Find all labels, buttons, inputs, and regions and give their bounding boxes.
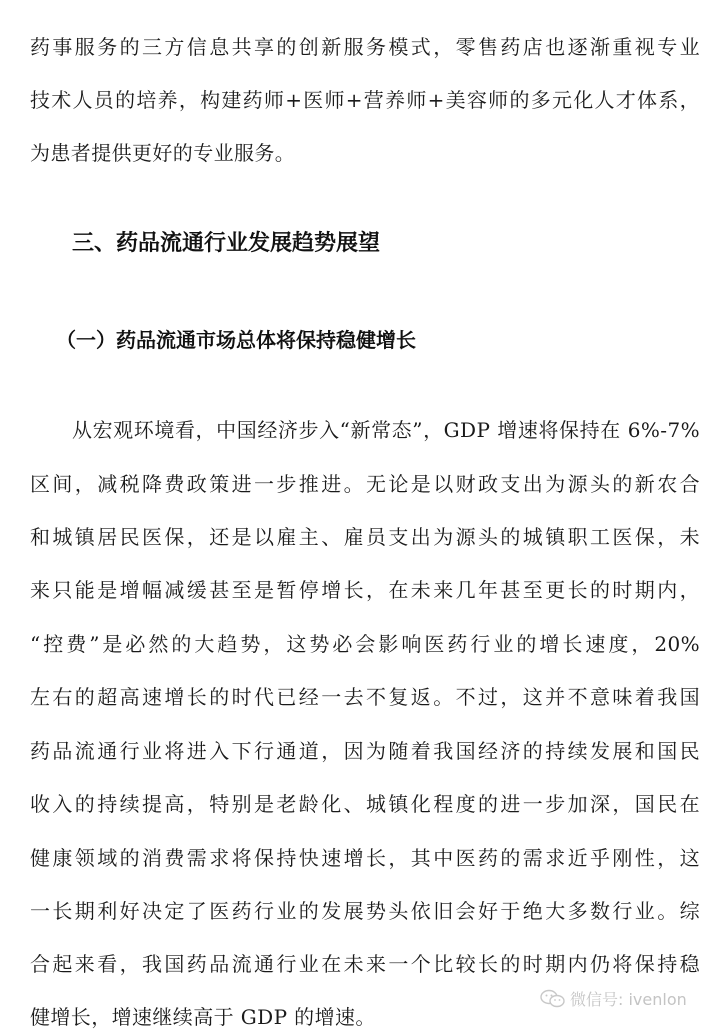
text-line: “控费”是必然的大趋势，这势必会影响医药行业的增长速度，20% <box>30 631 700 657</box>
text-line: 健康领域的消费需求将保持快速增长，其中医药的需求近乎刚性，这 <box>30 845 700 871</box>
text-line: 区间，减税降费政策进一步推进。无论是以财政支出为源头的新农合 <box>30 471 700 497</box>
text-line: 和城镇居民医保，还是以雇主、雇员支出为源头的城镇职工医保，未 <box>30 524 700 550</box>
text-line: 技术人员的培养，构建药师+医师+营养师+美容师的多元化人才体系， <box>30 87 700 113</box>
text-line: 药事服务的三方信息共享的创新服务模式，零售药店也逐渐重视专业 <box>30 34 700 60</box>
text-line: 合起来看，我国药品流通行业在未来一个比较长的时期内仍将保持稳 <box>30 951 700 977</box>
text-line: 药品流通行业将进入下行通道，因为随着我国经济的持续发展和国民 <box>30 738 700 764</box>
text-line: 左右的超高速增长的时代已经一去不复返。不过，这并不意味着我国 <box>30 684 700 710</box>
wechat-icon <box>540 989 566 1009</box>
text-line: 从宏观环境看，中国经济步入“新常态”，GDP 增速将保持在 6%-7% <box>72 417 700 443</box>
watermark: 微信号: ivenlon <box>540 987 687 1010</box>
text-line: 为患者提供更好的专业服务。 <box>30 140 700 166</box>
section-heading: 三、药品流通行业发展趋势展望 <box>72 230 380 258</box>
text-line: 来只能是增幅减缓甚至是暂停增长，在未来几年甚至更长的时期内， <box>30 577 700 603</box>
subsection-heading: （一）药品流通市场总体将保持稳健增长 <box>56 327 416 353</box>
text-line: 一长期利好决定了医药行业的发展势头依旧会好于绝大多数行业。综 <box>30 898 700 924</box>
text-line: 收入的持续提高，特别是老龄化、城镇化程度的进一步加深，国民在 <box>30 791 700 817</box>
watermark-text: 微信号: ivenlon <box>570 987 687 1010</box>
